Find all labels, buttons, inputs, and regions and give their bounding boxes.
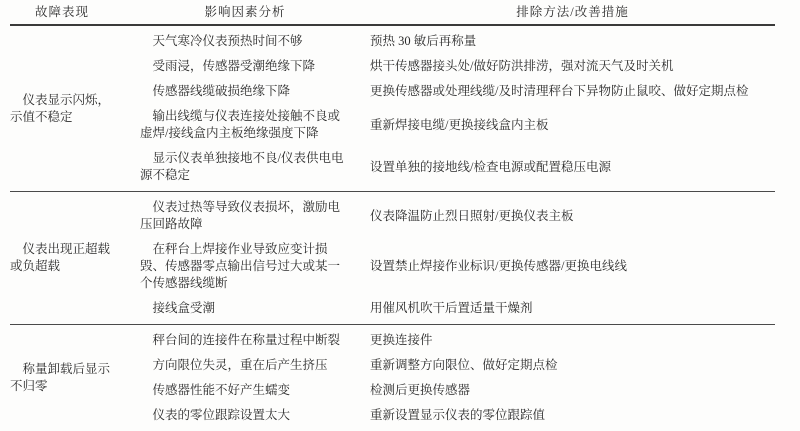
fault-section-overload: 仪表出现正超载或负超载 仪表过热等导致仪表损坏，激励电压回路故障 仪表降温防止烈… <box>10 191 775 324</box>
fault-label: 称量卸载后显示不归零 <box>10 361 114 395</box>
fault-label: 仪表显示闪烁，示值不稳定 <box>10 92 114 126</box>
section-rows: 仪表过热等导致仪表损坏，激励电压回路故障 仪表降温防止烈日照射/更换仪表主板 在… <box>114 192 775 324</box>
section-rows: 天气寒冷仪表预热时间不够 预热 30 敏后再称量 受雨浸，传感器受潮绝缘下降 烘… <box>114 26 775 191</box>
fix-cell: 重新焊接电缆/更换接线盒内主板 <box>370 117 775 134</box>
table-row: 传感器线缆破损绝缘下降 更换传感器或处理线缆/及时清理秤台下异物防止鼠咬、做好定… <box>114 79 775 104</box>
table-row: 仪表的零位跟踪设置太大 重新设置显示仪表的零位跟踪值 <box>114 403 775 428</box>
section-rows: 秤台间的连接件在称量过程中断裂 更换连接件 方向限位失灵，重在后产生挤压 重新调… <box>114 325 775 431</box>
fault-label: 仪表出现正超载或负超载 <box>10 241 114 275</box>
cause-cell: 传感器性能不好产生蠕变 <box>140 382 350 399</box>
fix-cell: 重新设置显示仪表的零位跟踪值 <box>370 407 775 424</box>
cause-cell: 显示仪表单独接地不良/仪表供电电源不稳定 <box>140 150 350 184</box>
column-header-cause: 影响因素分析 <box>140 4 350 21</box>
cause-cell: 天气寒冷仪表预热时间不够 <box>140 33 350 50</box>
document-page: 故障表现 影响因素分析 排除方法/改善措施 仪表显示闪烁，示值不稳定 天气寒冷仪… <box>0 0 800 431</box>
table-row: 仪表过热等导致仪表损坏，激励电压回路故障 仪表降温防止烈日照射/更换仪表主板 <box>114 195 775 237</box>
fix-cell: 烘干传感器接头处/做好防洪排涝，强对流天气及时关机 <box>370 58 775 75</box>
table-row: 接线盒受潮 用催风机吹干后置适量干燥剂 <box>114 296 775 321</box>
table-row: 在秤台上焊接作业导致应变计损毁、传感器零点输出信号过大或某一个传感器线缆断 设置… <box>114 237 775 296</box>
fix-cell: 重新调整方向限位、做好定期点检 <box>370 357 775 374</box>
table-row: 天气寒冷仪表预热时间不够 预热 30 敏后再称量 <box>114 29 775 54</box>
table-row: 秤台间的连接件在称量过程中断裂 更换连接件 <box>114 328 775 353</box>
cause-cell: 输出线缆与仪表连接处接触不良或虚焊/接线盒内主板绝缘强度下降 <box>140 108 350 142</box>
cause-cell: 秤台间的连接件在称量过程中断裂 <box>140 332 350 349</box>
table-row: 传感器性能不好产生蠕变 检测后更换传感器 <box>114 378 775 403</box>
fix-cell: 仪表降温防止烈日照射/更换仪表主板 <box>370 208 775 225</box>
table-row: 输出线缆与仪表连接处接触不良或虚焊/接线盒内主板绝缘强度下降 重新焊接电缆/更换… <box>114 104 775 146</box>
cause-cell: 传感器线缆破损绝缘下降 <box>140 83 350 100</box>
fault-section-flicker: 仪表显示闪烁，示值不稳定 天气寒冷仪表预热时间不够 预热 30 敏后再称量 受雨… <box>10 26 775 191</box>
table-row: 显示仪表单独接地不良/仪表供电电源不稳定 设置单独的接地线/检查电源或配置稳压电… <box>114 146 775 188</box>
table-row: 方向限位失灵，重在后产生挤压 重新调整方向限位、做好定期点检 <box>114 353 775 378</box>
column-header-fix: 排除方法/改善措施 <box>370 4 775 21</box>
column-header-fault: 故障表现 <box>10 4 114 21</box>
table-row: 受雨浸，传感器受潮绝缘下降 烘干传感器接头处/做好防洪排涝，强对流天气及时关机 <box>114 54 775 79</box>
cause-cell: 方向限位失灵，重在后产生挤压 <box>140 357 350 374</box>
fix-cell: 预热 30 敏后再称量 <box>370 33 775 50</box>
cause-cell: 受雨浸，传感器受潮绝缘下降 <box>140 58 350 75</box>
cause-cell: 仪表的零位跟踪设置太大 <box>140 407 350 424</box>
fix-cell: 设置禁止焊接作业标识/更换传感器/更换电线线 <box>370 258 775 275</box>
cause-cell: 接线盒受潮 <box>140 300 350 317</box>
fix-cell: 更换连接件 <box>370 332 775 349</box>
fix-cell: 用催风机吹干后置适量干燥剂 <box>370 300 775 317</box>
fix-cell: 更换传感器或处理线缆/及时清理秤台下异物防止鼠咬、做好定期点检 <box>370 83 775 100</box>
fix-cell: 检测后更换传感器 <box>370 382 775 399</box>
table-header-row: 故障表现 影响因素分析 排除方法/改善措施 <box>10 0 775 26</box>
fault-section-no-return-to-zero: 称量卸载后显示不归零 秤台间的连接件在称量过程中断裂 更换连接件 方向限位失灵，… <box>10 324 775 431</box>
fix-cell: 设置单独的接地线/检查电源或配置稳压电源 <box>370 159 775 176</box>
cause-cell: 在秤台上焊接作业导致应变计损毁、传感器零点输出信号过大或某一个传感器线缆断 <box>140 241 350 292</box>
cause-cell: 仪表过热等导致仪表损坏，激励电压回路故障 <box>140 199 350 233</box>
